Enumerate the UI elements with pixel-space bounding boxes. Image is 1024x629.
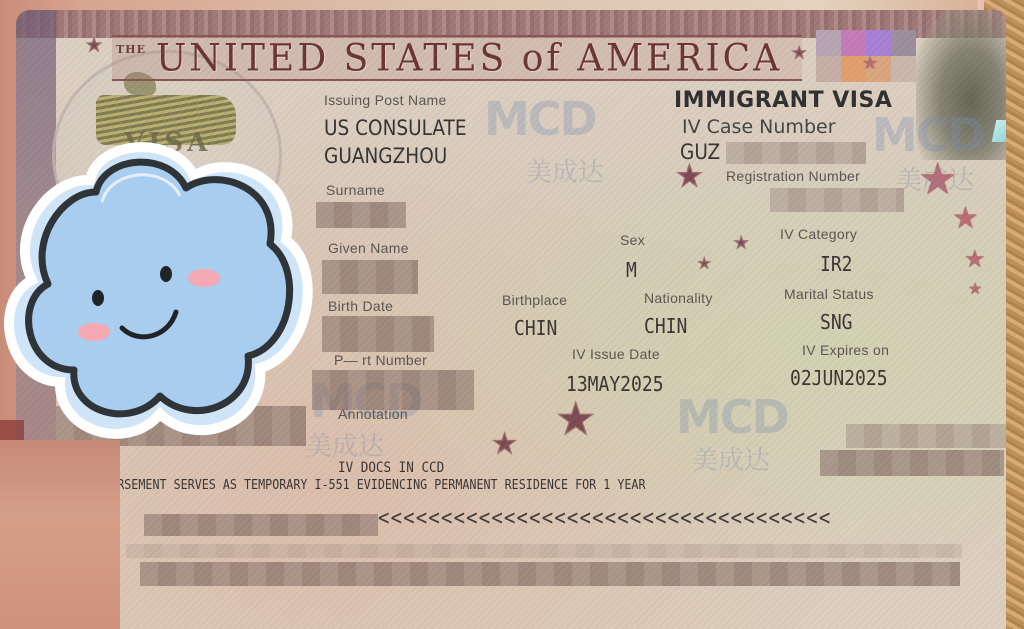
watermark-logo: MCD	[484, 92, 596, 146]
case-number-redacted	[726, 142, 866, 164]
redacted-field	[820, 450, 1004, 476]
birth-date-label: Birth Date	[328, 298, 393, 314]
star-icon: ★	[676, 162, 703, 192]
nationality-value: CHIN	[644, 314, 687, 338]
star-icon: ★	[492, 430, 517, 458]
issue-date-value: 13MAY2025	[566, 372, 664, 396]
mrz-line1-redacted	[144, 514, 378, 536]
birth-date-redacted	[322, 316, 434, 352]
watermark-text: MCD	[872, 108, 984, 162]
star-icon: ★	[734, 236, 748, 252]
issue-date-label: IV Issue Date	[572, 346, 660, 362]
registration-number-label: Registration Number	[726, 168, 860, 184]
issuing-post-line2: GUANGZHOU	[324, 144, 447, 168]
watermark-chinese: 美成达	[692, 440, 770, 477]
surname-redacted	[316, 202, 406, 228]
watermark-text: MCD	[676, 390, 788, 444]
marital-status-label: Marital Status	[784, 286, 874, 302]
mrz-line2-redacted	[140, 562, 960, 586]
document-title-banner: THE UNITED STATES of AMERICA	[112, 35, 802, 81]
star-icon: ★	[968, 282, 982, 298]
annotation-line-1: IV DOCS IN CCD	[338, 460, 444, 476]
cloud-sticker	[0, 132, 314, 450]
marital-status-value: SNG	[820, 310, 853, 334]
registration-number-redacted	[770, 188, 904, 212]
watermark-chinese: 美成达	[526, 152, 604, 189]
mrz-gap-redacted	[126, 544, 962, 558]
issuing-post-label: Issuing Post Name	[324, 92, 447, 108]
star-icon: ★	[952, 204, 979, 234]
watermark-logo: MCD	[872, 108, 984, 162]
annotation-line-2: C NDORSEMENT SERVES AS TEMPORARY I-551 E…	[82, 478, 646, 493]
given-name-redacted	[322, 260, 418, 294]
star-icon: ★	[964, 248, 986, 272]
iv-category-value: IR2	[820, 252, 853, 276]
expiry-date-label: IV Expires on	[802, 342, 889, 358]
passport-number-redacted	[312, 370, 474, 410]
star-icon: ★	[792, 46, 806, 62]
document-title: UNITED STATES of AMERICA	[156, 36, 782, 79]
visa-type-heading: IMMIGRANT VISA	[674, 88, 892, 113]
given-name-label: Given Name	[328, 240, 409, 256]
watermark-chinese: 美成达	[306, 426, 384, 463]
watermark-logo: MCD	[676, 390, 788, 444]
star-icon: ★	[862, 54, 878, 72]
birthplace-value: CHIN	[514, 316, 557, 340]
passport-number-label: P— rt Number	[334, 352, 427, 368]
expiry-date-value: 02JUN2025	[790, 366, 888, 390]
mrz-filler: <<<<<<<<<<<<<<<<<<<<<<<<<<<<<<<<<<<<	[378, 506, 831, 531]
issuing-post-line1: US CONSULATE	[324, 116, 467, 140]
star-icon: ★	[86, 36, 102, 54]
cloud-face-icon	[9, 147, 308, 434]
case-number-prefix: GUZ	[680, 140, 720, 164]
watermark-chinese: 美成达	[896, 160, 974, 197]
title-prefix: THE	[116, 43, 146, 56]
redacted-field	[846, 424, 1006, 448]
watermark-text: MCD	[484, 92, 596, 146]
annotation-label: Annotation	[338, 406, 408, 422]
star-icon: ★	[698, 256, 711, 270]
nationality-label: Nationality	[644, 290, 713, 306]
case-number-label: IV Case Number	[682, 116, 836, 138]
sex-value: M	[626, 258, 637, 282]
redacted-left-edge	[0, 440, 120, 629]
birthplace-label: Birthplace	[502, 292, 567, 308]
sex-label: Sex	[620, 232, 645, 248]
surname-label: Surname	[326, 182, 385, 198]
iv-category-label: IV Category	[780, 226, 857, 242]
star-icon: ★	[556, 398, 595, 442]
